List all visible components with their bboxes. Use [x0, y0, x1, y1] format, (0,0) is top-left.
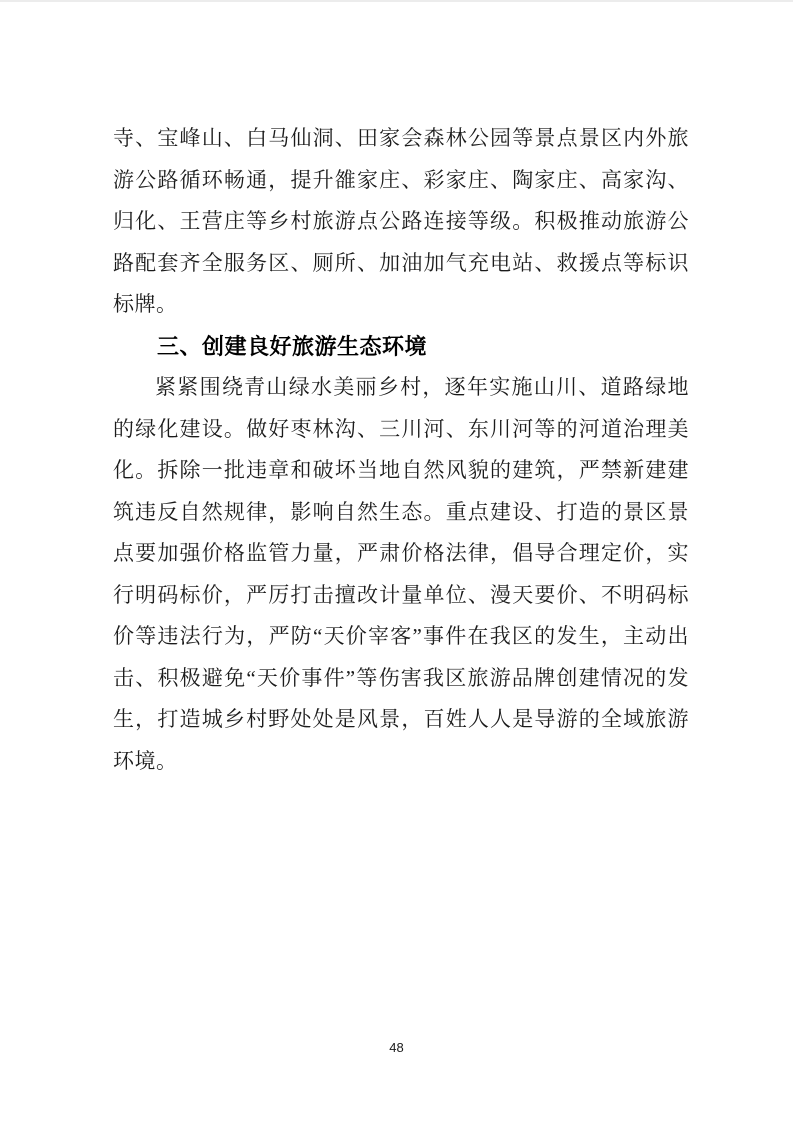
- section-heading: 三、创建良好旅游生态环境: [113, 326, 689, 368]
- paragraph-continued: 寺、宝峰山、白马仙洞、田家会森林公园等景点景区内外旅游公路循环畅通，提升雒家庄、…: [113, 118, 689, 326]
- document-body: 寺、宝峰山、白马仙洞、田家会森林公园等景点景区内外旅游公路循环畅通，提升雒家庄、…: [113, 118, 689, 782]
- document-page: 寺、宝峰山、白马仙洞、田家会森林公园等景点景区内外旅游公路循环畅通，提升雒家庄、…: [0, 0, 793, 1122]
- page-number: 48: [0, 1040, 793, 1055]
- paragraph-body: 紧紧围绕青山绿水美丽乡村，逐年实施山川、道路绿地的绿化建设。做好枣林沟、三川河、…: [113, 367, 689, 782]
